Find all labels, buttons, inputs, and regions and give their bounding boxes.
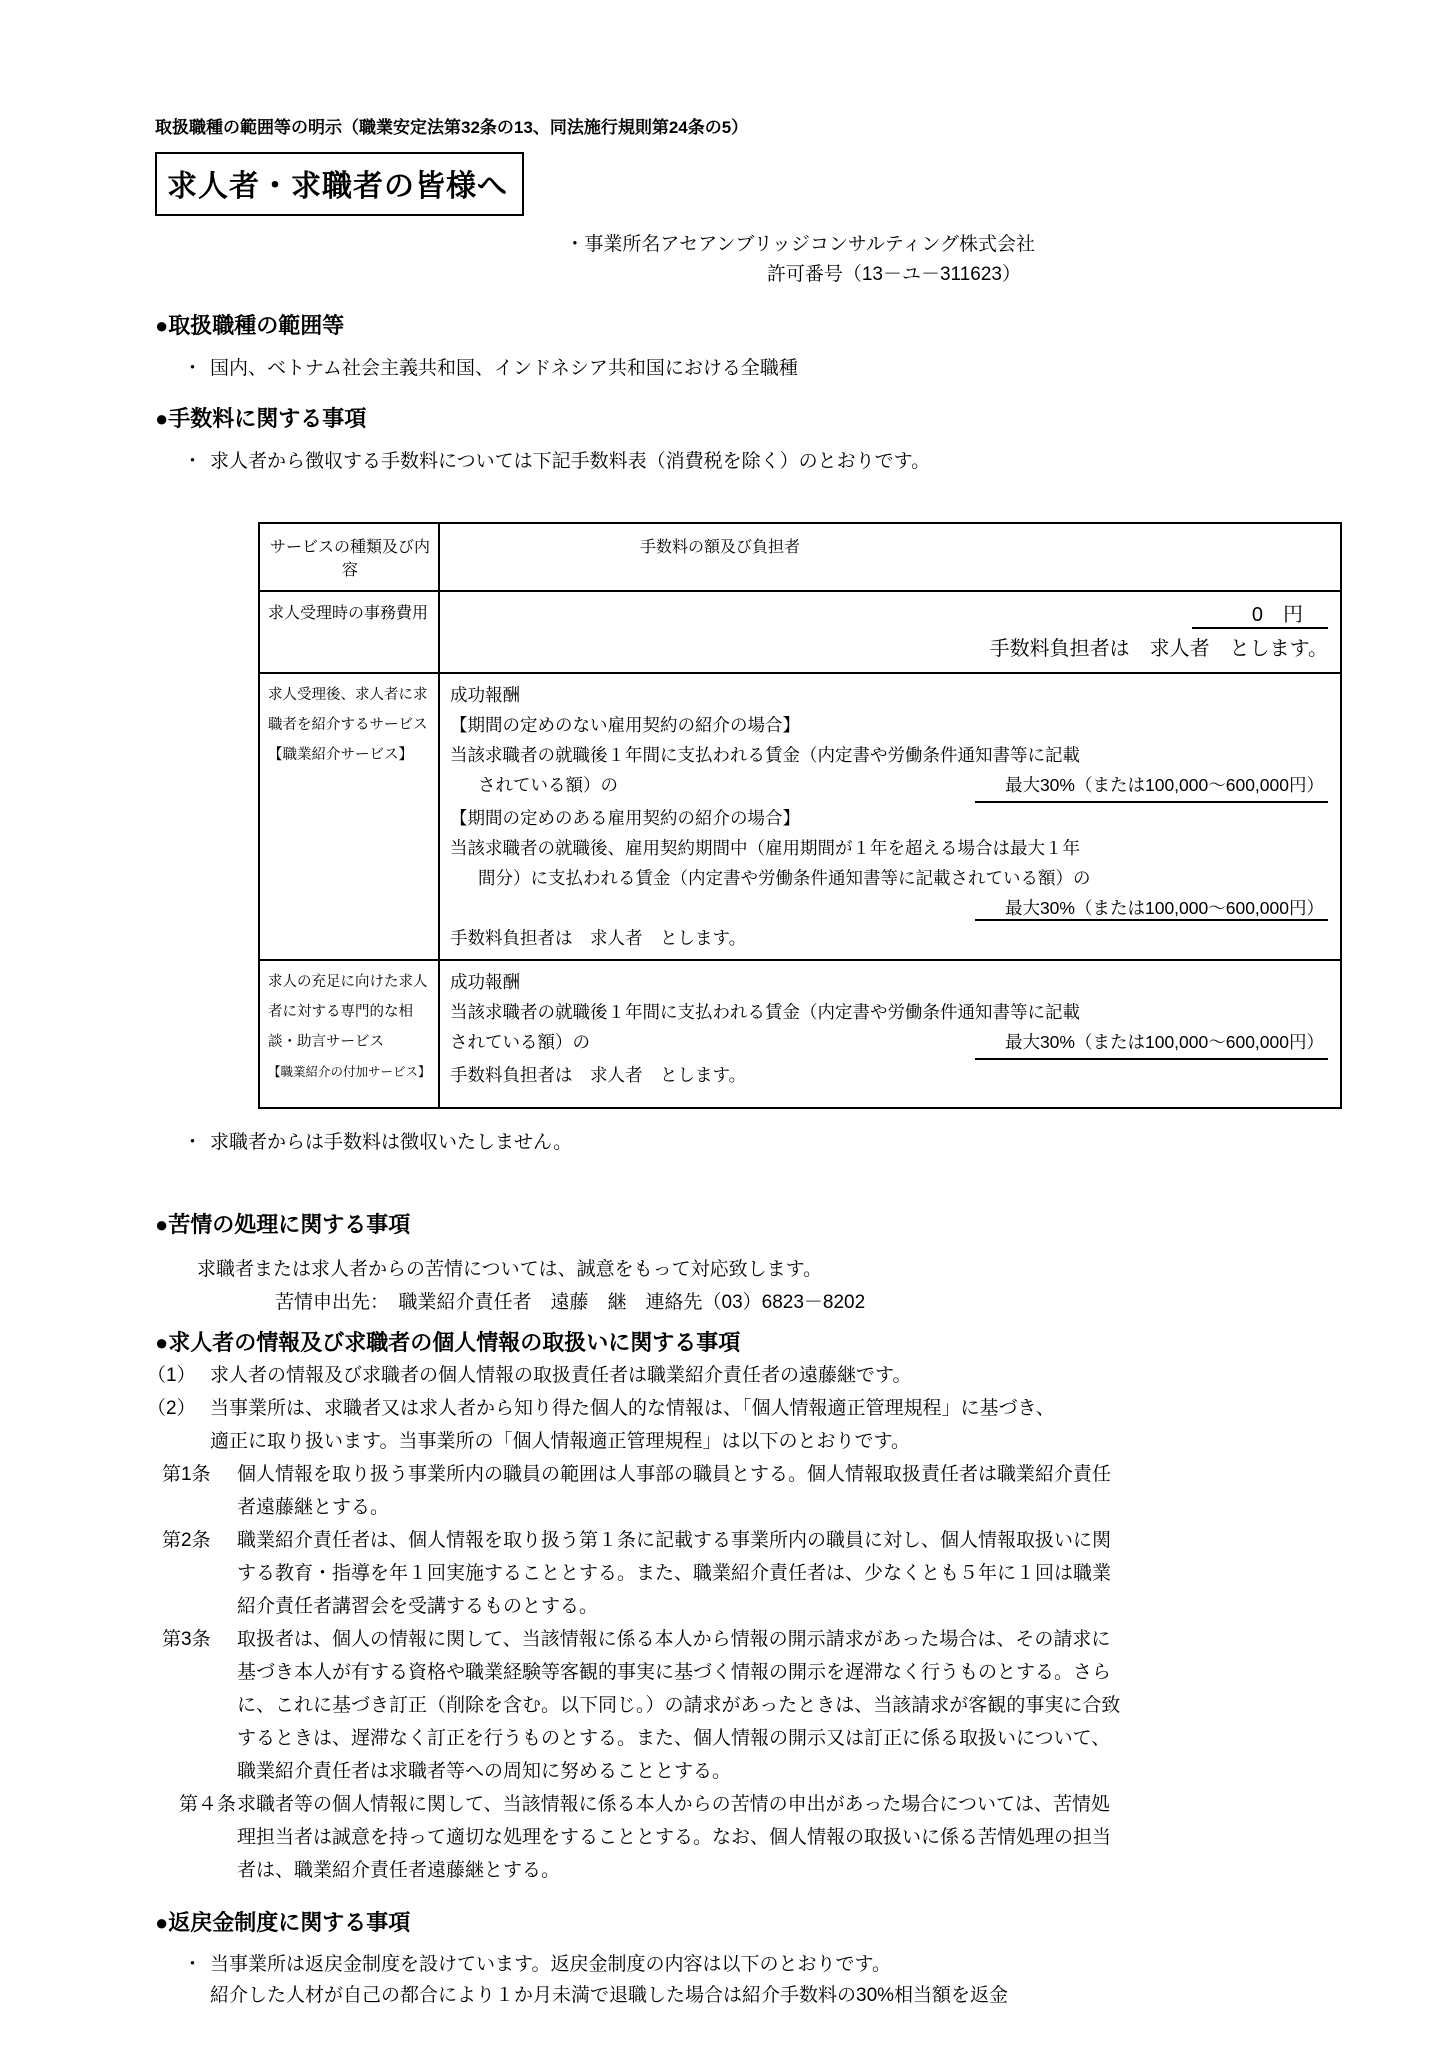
fee-table-header-row: サービスの種類及び内容 手数料の額及び負担者 bbox=[260, 524, 1340, 592]
privacy-article-2: 第2条 職業紹介責任者は、個人情報を取り扱う第１条に記載する事業所内の職員に対し… bbox=[155, 1524, 1447, 1623]
article-text: 個人情報を取り扱う事業所内の職員の範囲は人事部の職員とする。個人情報取扱責任者は… bbox=[237, 1458, 1111, 1524]
refund-intro: ・ 当事業所は返戻金制度を設けています。返戻金制度の内容は以下のとおりです。 bbox=[155, 1951, 1447, 1979]
service-cell: 求人の充足に向けた求人 者に対する専門的な相 談・助言サービス 【職業紹介の付加… bbox=[260, 961, 440, 1107]
article-label: 第1条 bbox=[162, 1458, 237, 1524]
privacy-article-4: 第４条 求職者等の個人情報に関して、当該情報に係る本人からの苦情の申出があった場… bbox=[155, 1788, 1447, 1887]
privacy-article-3: 第3条 取扱者は、個人の情報に関して、当該情報に係る本人から情報の開示請求があっ… bbox=[155, 1623, 1447, 1788]
case2-line2: 間分）に支払われる賃金（内定書や労働条件通知書等に記載されている額）の bbox=[450, 863, 1328, 893]
article-text: 取扱者は、個人の情報に関して、当該情報に係る本人から情報の開示請求があった場合は… bbox=[237, 1623, 1120, 1788]
fee-amount-value: 0 円 bbox=[1192, 604, 1328, 629]
article-label: 第2条 bbox=[162, 1524, 237, 1623]
complaints-contact-line: 苦情申出先： 職業紹介責任者 遠藤 継 連絡先（03）6823－8202 bbox=[275, 1286, 1447, 1319]
success-fee-label: 成功報酬 bbox=[450, 680, 1328, 710]
row3-line2: されている額）の 最大30%（または100,000～600,000円） bbox=[450, 1027, 1328, 1060]
permit-number: 許可番号（13－ユ－311623） bbox=[155, 260, 1035, 290]
case1-heading: 【期間の定めのない雇用契約の紹介の場合】 bbox=[450, 710, 1328, 740]
service-cell: 求人受理時の事務費用 bbox=[260, 592, 440, 672]
bullet-marker: ・ bbox=[183, 1129, 210, 1157]
refund-intro-text: 当事業所は返戻金制度を設けています。返戻金制度の内容は以下のとおりです。 bbox=[210, 1951, 891, 1979]
case1-line2: されている額）の 最大30%（または100,000～600,000円） bbox=[450, 770, 1328, 803]
article-text: 求職者等の個人情報に関して、当該情報に係る本人からの苦情の申出があった場合につい… bbox=[237, 1788, 1111, 1887]
case1-amount: 最大30%（または100,000～600,000円） bbox=[975, 770, 1328, 803]
case1-line1: 当該求職者の就職後１年間に支払われる賃金（内定書や労働条件通知書等に記載 bbox=[450, 740, 1328, 770]
service-cell: 求人受理後、求人者に求 職者を紹介するサービス 【職業紹介サービス】 bbox=[260, 674, 440, 959]
case2-heading: 【期間の定めのある雇用契約の紹介の場合】 bbox=[450, 803, 1328, 833]
fees-after-note-text: 求職者からは手数料は徴収いたしません。 bbox=[210, 1129, 572, 1157]
bullet-marker: ・ bbox=[183, 448, 210, 476]
complaints-policy-line: 求職者または求人者からの苦情については、誠意をもって対応致します。 bbox=[197, 1253, 1447, 1286]
case2-amount: 最大30%（または100,000～600,000円） bbox=[975, 898, 1328, 921]
privacy-item-2-label: （2） bbox=[147, 1392, 210, 1458]
fee-payer-line: 手数料負担者は 求人者 とします。 bbox=[450, 923, 1328, 953]
privacy-item-2-text: 当事業所は、求職者又は求人者から知り得た個人的な情報は、「個人情報適正管理規程」… bbox=[210, 1392, 1055, 1458]
fee-table-header-service: サービスの種類及び内容 bbox=[260, 524, 440, 590]
case2-amount-line: 最大30%（または100,000～600,000円） bbox=[450, 893, 1328, 923]
privacy-item-1: （1） 求人者の情報及び求職者の個人情報の取扱責任者は職業紹介責任者の遠藤継です… bbox=[147, 1359, 1447, 1392]
fee-cell: 0 円 手数料負担者は 求人者 とします。 bbox=[440, 592, 1340, 672]
fees-intro-text: 求人者から徴収する手数料については下記手数料表（消費税を除く）のとおりです。 bbox=[210, 448, 930, 476]
section-heading-scope: ●取扱職種の範囲等 bbox=[155, 310, 1447, 342]
fee-table: サービスの種類及び内容 手数料の額及び負担者 求人受理時の事務費用 0 円 手数… bbox=[258, 522, 1342, 1109]
privacy-item-1-label: （1） bbox=[147, 1359, 210, 1392]
fee-payer-line: 手数料負担者は 求人者 とします。 bbox=[450, 632, 1328, 666]
refund-detail-line: 紹介した人材が自己の都合により１か月未満で退職した場合は紹介手数料の30%相当額… bbox=[210, 1979, 1447, 2012]
document-page: 取扱職種の範囲等の明示（職業安定法第32条の13、同法施行規則第24条の5） 求… bbox=[0, 0, 1447, 2048]
privacy-article-1: 第1条 個人情報を取り扱う事業所内の職員の範囲は人事部の職員とする。個人情報取扱… bbox=[155, 1458, 1447, 1524]
article-label: 第3条 bbox=[162, 1623, 237, 1788]
scope-item-text: 国内、ベトナム社会主義共和国、インドネシア共和国における全職種 bbox=[210, 355, 798, 383]
office-name: ・事業所名アセアンブリッジコンサルティング株式会社 bbox=[155, 230, 1035, 260]
scope-item: ・ 国内、ベトナム社会主義共和国、インドネシア共和国における全職種 bbox=[155, 355, 1447, 383]
row3-line1: 当該求職者の就職後１年間に支払われる賃金（内定書や労働条件通知書等に記載 bbox=[450, 997, 1328, 1027]
article-text: 職業紹介責任者は、個人情報を取り扱う第１条に記載する事業所内の職員に対し、個人情… bbox=[237, 1524, 1111, 1623]
fee-payer-line: 手数料負担者は 求人者 とします。 bbox=[450, 1060, 1328, 1090]
fee-table-row-placement: 求人受理後、求人者に求 職者を紹介するサービス 【職業紹介サービス】 成功報酬 … bbox=[260, 674, 1340, 961]
case2-line1: 当該求職者の就職後、雇用契約期間中（雇用期間が１年を超える場合は最大１年 bbox=[450, 833, 1328, 863]
bullet-marker: ・ bbox=[183, 355, 210, 383]
law-reference-note: 取扱職種の範囲等の明示（職業安定法第32条の13、同法施行規則第24条の5） bbox=[155, 116, 1447, 140]
section-heading-privacy: ●求人者の情報及び求職者の個人情報の取扱いに関する事項 bbox=[155, 1327, 1447, 1359]
fee-amount-line: 0 円 bbox=[450, 598, 1328, 632]
fee-cell: 成功報酬 【期間の定めのない雇用契約の紹介の場合】 当該求職者の就職後１年間に支… bbox=[440, 674, 1340, 959]
fees-after-note: ・ 求職者からは手数料は徴収いたしません。 bbox=[155, 1129, 1447, 1157]
privacy-item-1-text: 求人者の情報及び求職者の個人情報の取扱責任者は職業紹介責任者の遠藤継です。 bbox=[210, 1359, 911, 1392]
fee-cell: 成功報酬 当該求職者の就職後１年間に支払われる賃金（内定書や労働条件通知書等に記… bbox=[440, 961, 1340, 1107]
fee-table-row-intake: 求人受理時の事務費用 0 円 手数料負担者は 求人者 とします。 bbox=[260, 592, 1340, 674]
fee-table-row-consulting: 求人の充足に向けた求人 者に対する専門的な相 談・助言サービス 【職業紹介の付加… bbox=[260, 961, 1340, 1107]
bullet-marker: ・ bbox=[183, 1951, 210, 1979]
fees-intro: ・ 求人者から徴収する手数料については下記手数料表（消費税を除く）のとおりです。 bbox=[155, 448, 1447, 476]
section-heading-refund: ●返戻金制度に関する事項 bbox=[155, 1907, 1447, 1939]
privacy-item-2: （2） 当事業所は、求職者又は求人者から知り得た個人的な情報は、「個人情報適正管… bbox=[147, 1392, 1447, 1458]
case1-line2-left: されている額）の bbox=[478, 770, 618, 803]
success-fee-label: 成功報酬 bbox=[450, 967, 1328, 997]
office-info: ・事業所名アセアンブリッジコンサルティング株式会社 許可番号（13－ユ－3116… bbox=[155, 230, 1035, 290]
fee-table-header-fee: 手数料の額及び負担者 bbox=[440, 524, 1340, 590]
section-heading-complaints: ●苦情の処理に関する事項 bbox=[155, 1209, 1447, 1241]
row3-amount: 最大30%（または100,000～600,000円） bbox=[975, 1027, 1328, 1060]
main-title: 求人者・求職者の皆様へ bbox=[155, 152, 524, 216]
row3-line2-left: されている額）の bbox=[450, 1027, 590, 1060]
section-heading-fees: ●手数料に関する事項 bbox=[155, 403, 1447, 435]
article-label: 第４条 bbox=[179, 1788, 237, 1887]
